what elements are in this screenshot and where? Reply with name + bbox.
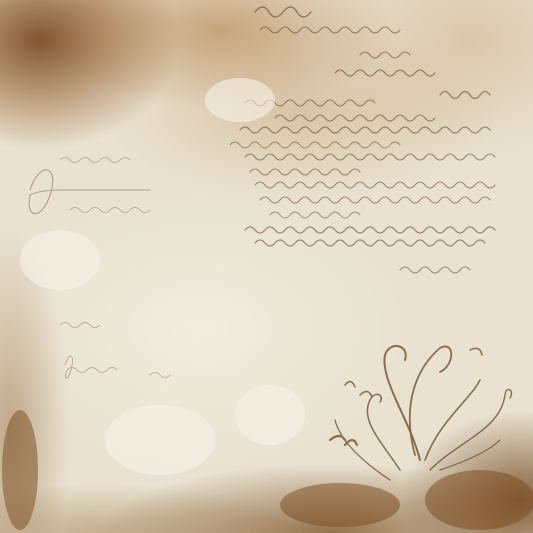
embossed-texture [0,0,533,533]
grunge-parchment-texture [0,0,533,533]
